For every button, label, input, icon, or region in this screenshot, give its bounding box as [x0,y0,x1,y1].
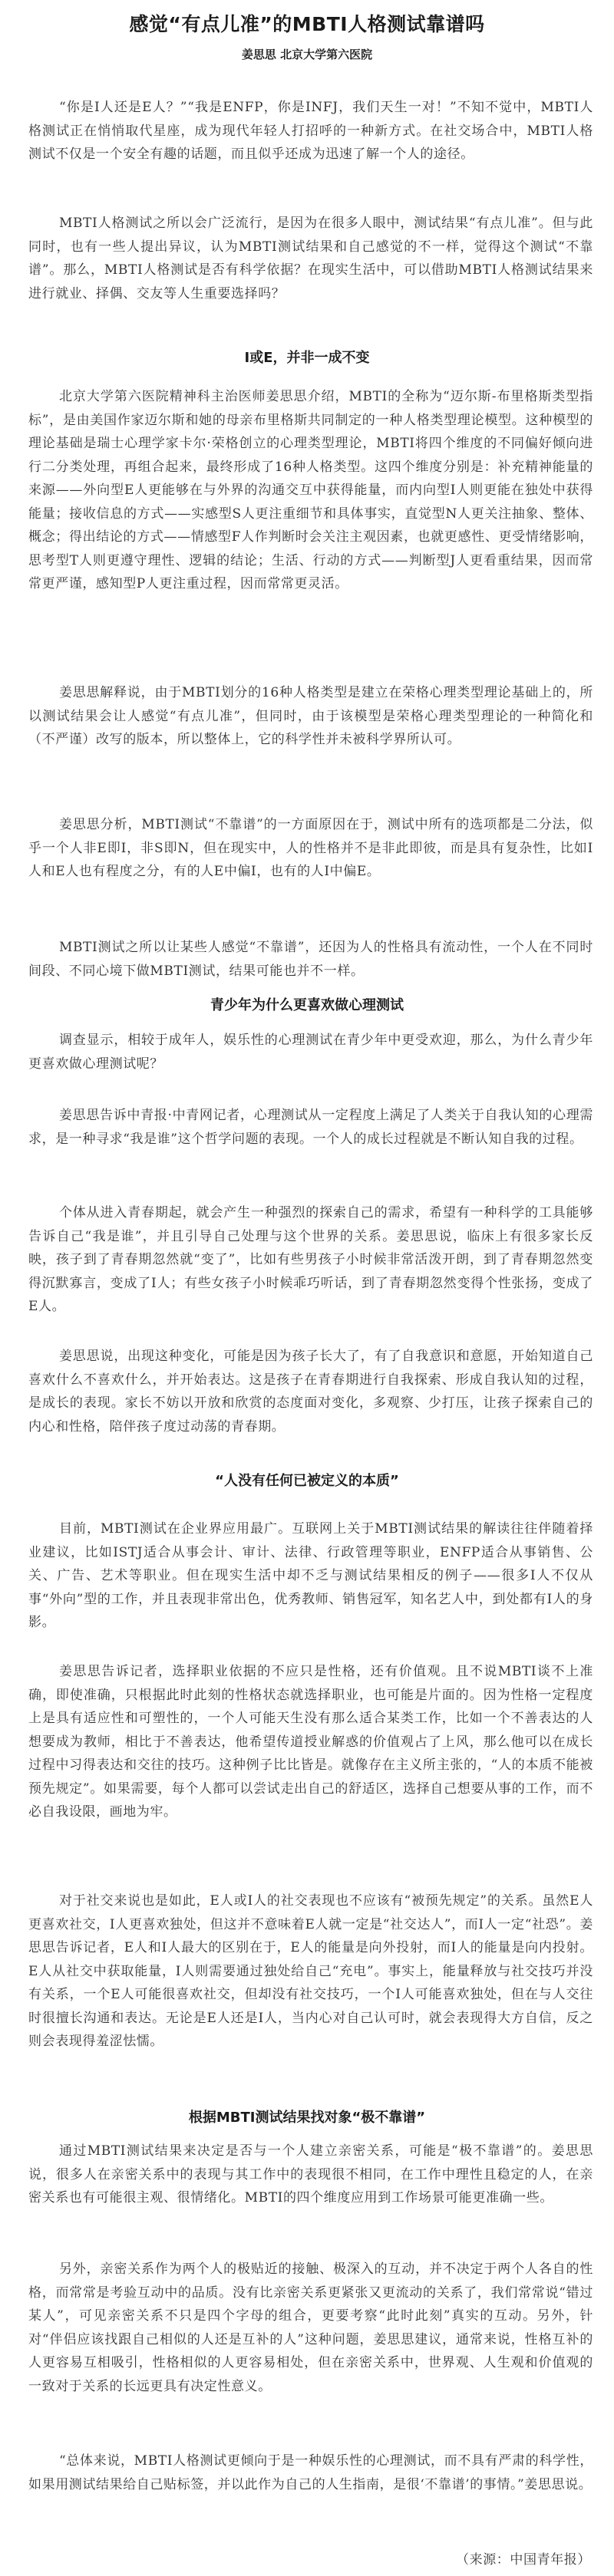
paragraph: 对于社交来说也是如此，E人或I人的社交表现也不应该有“被预先规定”的关系。虽然E… [28,1889,593,2054]
paragraph: MBTI测试之所以让某些人感觉“不靠谱”，还因为人的性格具有流动性，一个人在不同… [28,936,593,983]
paragraph: 姜思思说，出现这种变化，可能是因为孩子长大了，有了自我意识和意愿，开始知道自己喜… [28,1345,593,1438]
section-2-p4: 姜思思说，出现这种变化，可能是因为孩子长大了，有了自我意识和意愿，开始知道自己喜… [28,1345,593,1438]
section-heading: I或E，并非一成不变 [0,347,614,370]
article-author: 姜思思 北京大学第六医院 [0,44,614,64]
section-4-p3: “总体来说，MBTI人格测试更倾向于是一种娱乐性的心理测试，而不具有严肃的科学性… [28,2449,593,2496]
section-2-p2: 姜思思告诉中青报·中青网记者，心理测试从一定程度上满足了人类关于自我认知的心理需… [28,1104,593,1151]
section-4-p1: 通过MBTI测试结果来决定是否与一个人建立亲密关系，可能是“极不靠谱”的。姜思思… [28,2140,593,2210]
section-2-p3: 个体从进入青春期起，就会产生一种强烈的探索自己的需求，希望有一种科学的工具能够告… [28,1201,593,1319]
article-title: 感觉“有点儿准”的MBTI人格测试靠谱吗 [0,9,614,40]
intro-section-2: MBTI人格测试之所以会广泛流行，是因为在很多人眼中，测试结果“有点儿准”。但与… [28,212,593,305]
paragraph: 姜思思告诉记者，选择职业依据的不应只是性格，还有价值观。且不说MBTI谈不上准确… [28,1660,593,1824]
section-2-p1: 调查显示，相较于成年人，娱乐性的心理测试在青少年中更受欢迎，那么，为什么青少年更… [28,1029,593,1076]
paragraph: 姜思思解释说，由于MBTI划分的16种人格类型是建立在荣格心理类型理论基础上的，… [28,681,593,752]
intro-section: “你是I人还是E人？”“我是ENFP，你是INFJ，我们天生一对！”不知不觉中，… [28,96,593,166]
paragraph: 另外，亲密关系作为两个人的极贴近的接触、极深入的互动，并不决定于两个人各自的性格… [28,2258,593,2398]
paragraph: 北京大学第六医院精神科主治医师姜思思介绍，MBTI的全称为“迈尔斯-布里格斯类型… [28,385,593,596]
paragraph: 姜思思分析，MBTI测试“不靠谱”的一方面原因在于，测试中所有的选项都是二分法，… [28,813,593,884]
paragraph: 通过MBTI测试结果来决定是否与一个人建立亲密关系，可能是“极不靠谱”的。姜思思… [28,2140,593,2210]
section-1-p3: 姜思思分析，MBTI测试“不靠谱”的一方面原因在于，测试中所有的选项都是二分法，… [28,813,593,884]
section-3-p2: 姜思思告诉记者，选择职业依据的不应只是性格，还有价值观。且不说MBTI谈不上准确… [28,1660,593,1824]
section-1-p4: MBTI测试之所以让某些人感觉“不靠谱”，还因为人的性格具有流动性，一个人在不同… [28,936,593,983]
section-1-p2: 姜思思解释说，由于MBTI划分的16种人格类型是建立在荣格心理类型理论基础上的，… [28,681,593,752]
paragraph: “你是I人还是E人？”“我是ENFP，你是INFJ，我们天生一对！”不知不觉中，… [28,96,593,166]
article-source: （来源：中国青年报） [456,2548,591,2571]
paragraph: 姜思思告诉中青报·中青网记者，心理测试从一定程度上满足了人类关于自我认知的心理需… [28,1104,593,1151]
section-heading: “人没有任何已被定义的本质” [0,1470,614,1493]
section-3-p3: 对于社交来说也是如此，E人或I人的社交表现也不应该有“被预先规定”的关系。虽然E… [28,1889,593,2054]
section-heading: 根据MBTI测试结果找对象“极不靠谱” [0,2107,614,2130]
article-page: 感觉“有点儿准”的MBTI人格测试靠谱吗 姜思思 北京大学第六医院 “你是I人还… [0,0,614,2576]
section-3-p1: 目前，MBTI测试在企业界应用最广。互联网上关于MBTI测试结果的解读往往伴随着… [28,1517,593,1635]
section-1-p1: 北京大学第六医院精神科主治医师姜思思介绍，MBTI的全称为“迈尔斯-布里格斯类型… [28,385,593,596]
paragraph: 目前，MBTI测试在企业界应用最广。互联网上关于MBTI测试结果的解读往往伴随着… [28,1517,593,1635]
section-heading: 青少年为什么更喜欢做心理测试 [0,994,614,1017]
paragraph: MBTI人格测试之所以会广泛流行，是因为在很多人眼中，测试结果“有点儿准”。但与… [28,212,593,305]
paragraph: “总体来说，MBTI人格测试更倾向于是一种娱乐性的心理测试，而不具有严肃的科学性… [28,2449,593,2496]
section-4-p2: 另外，亲密关系作为两个人的极贴近的接触、极深入的互动，并不决定于两个人各自的性格… [28,2258,593,2398]
paragraph: 个体从进入青春期起，就会产生一种强烈的探索自己的需求，希望有一种科学的工具能够告… [28,1201,593,1319]
paragraph: 调查显示，相较于成年人，娱乐性的心理测试在青少年中更受欢迎，那么，为什么青少年更… [28,1029,593,1076]
